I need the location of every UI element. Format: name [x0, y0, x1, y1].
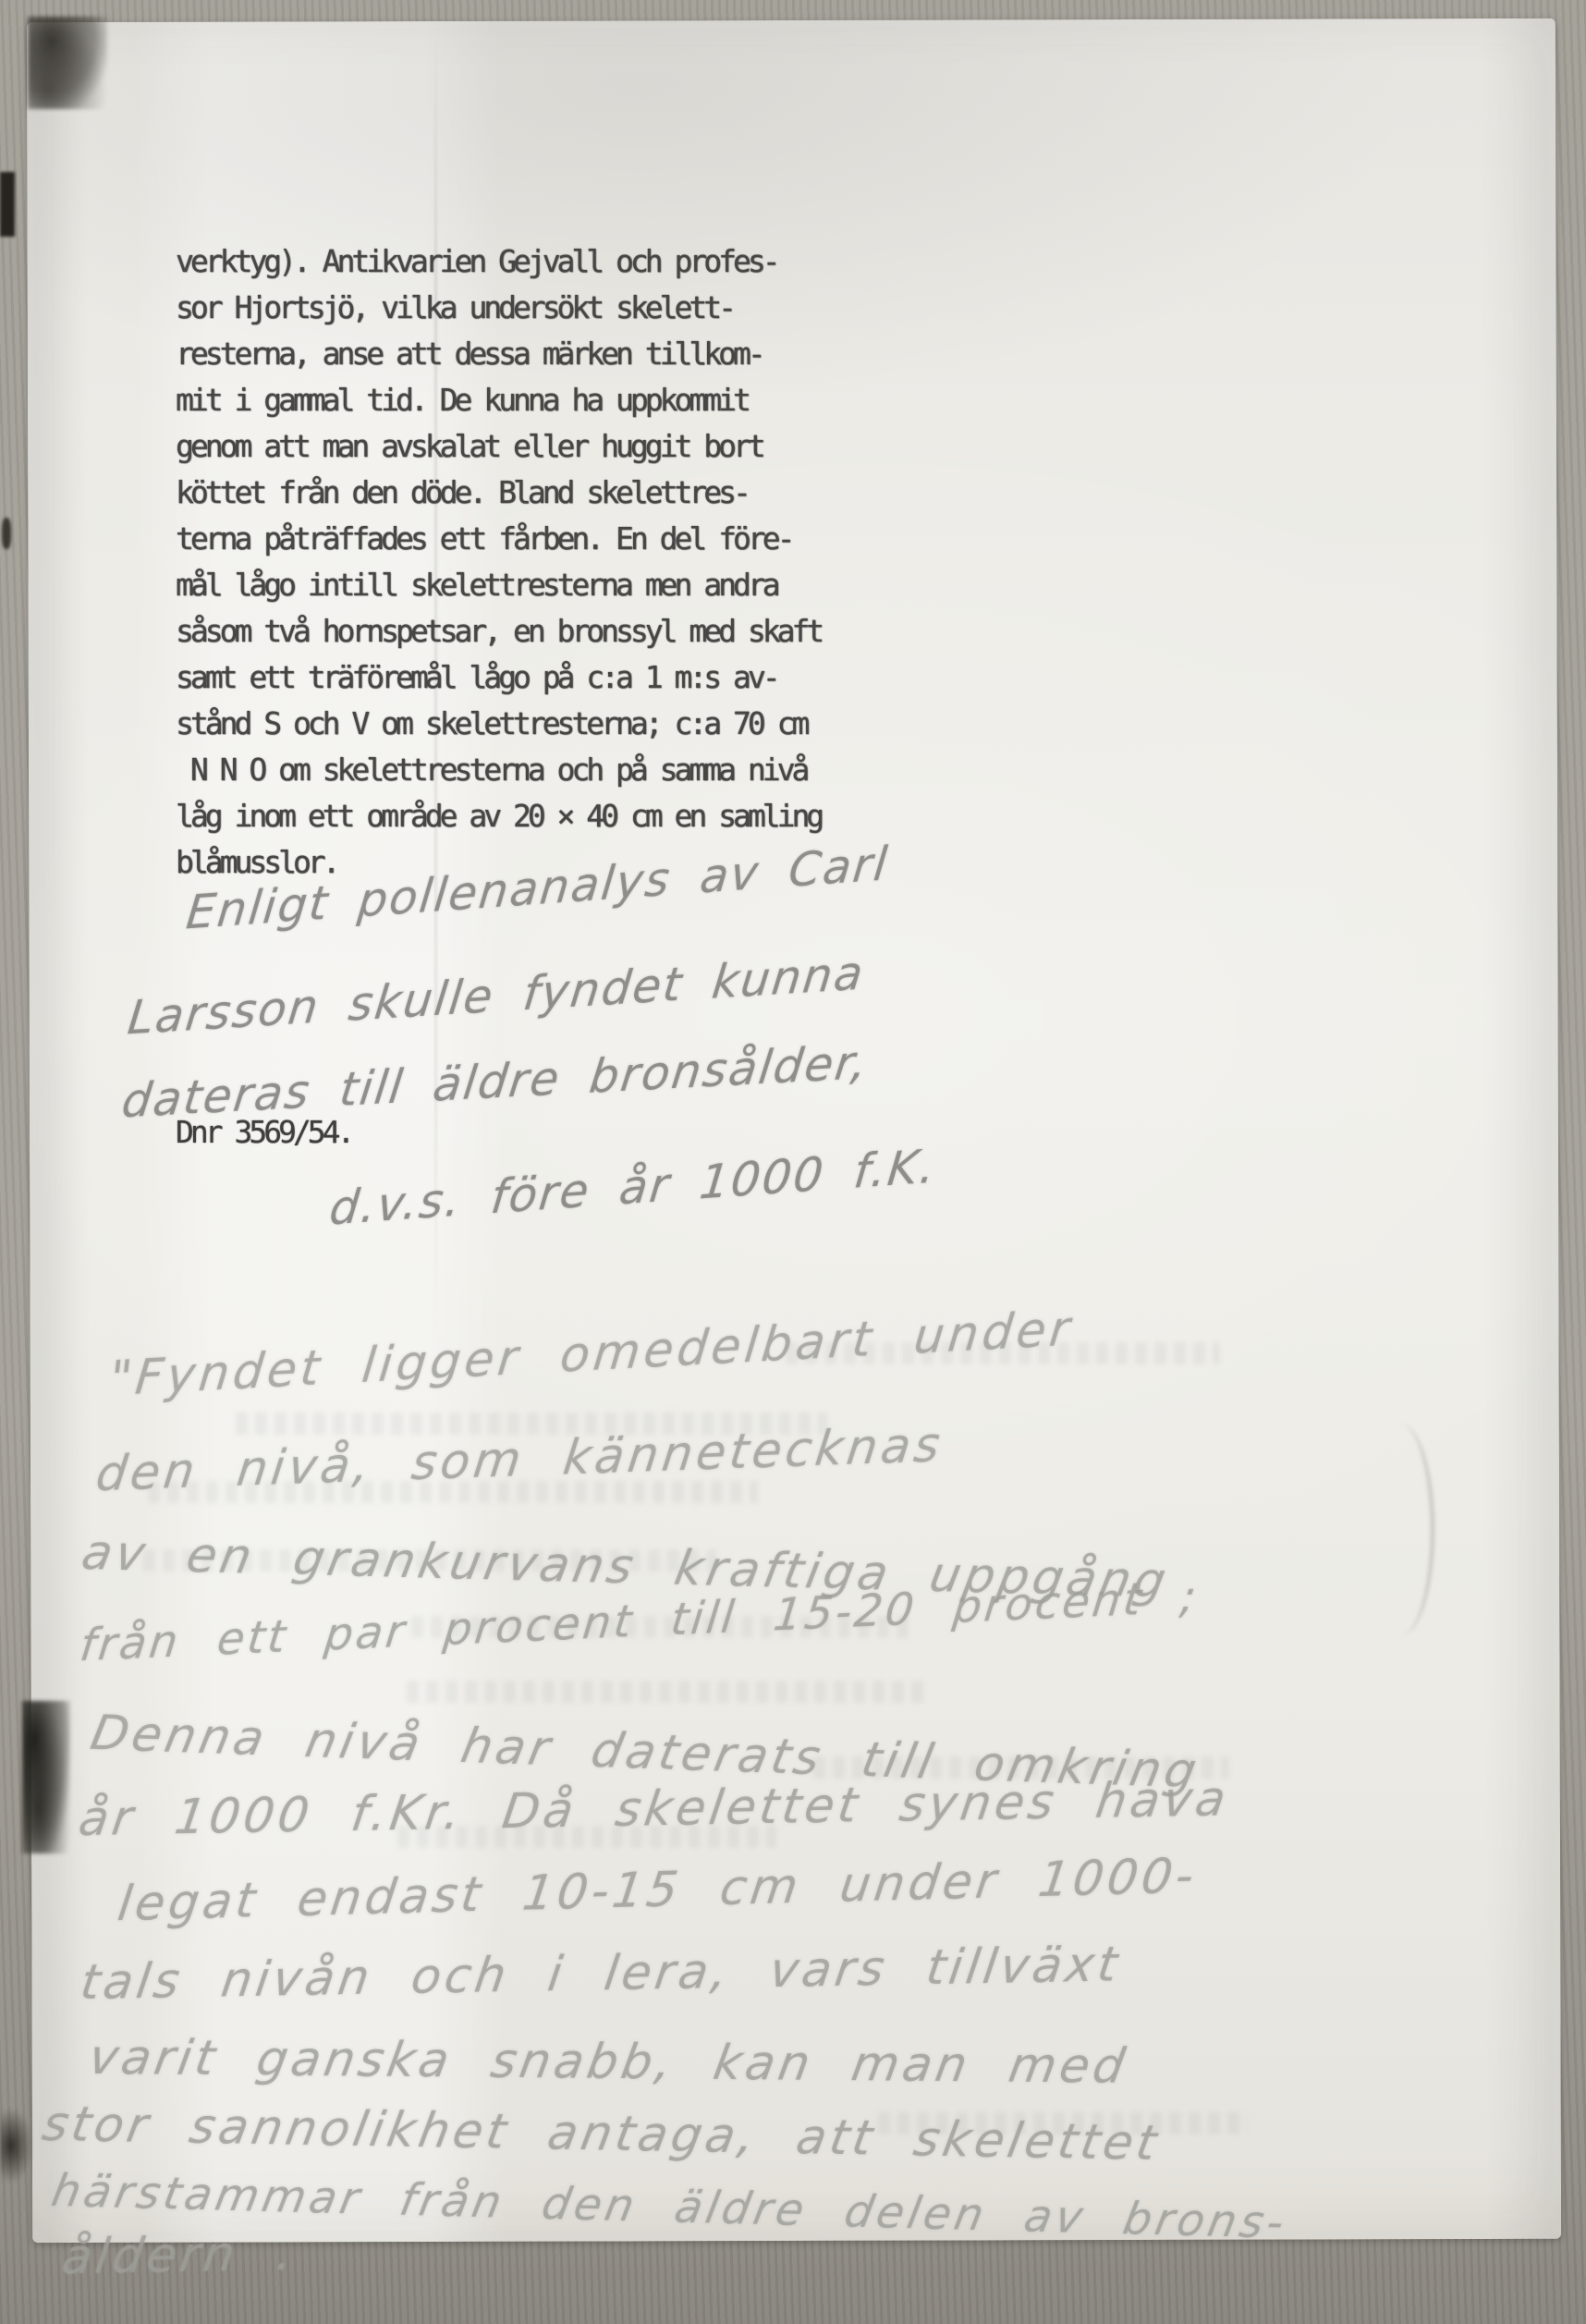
edge-mark-artifact [0, 2110, 31, 2182]
handwritten-line: varit ganska snabb, kan man med [85, 2030, 1132, 2095]
typed-line: köttet från den döde. Bland skelettres- [176, 470, 821, 516]
typed-line: låg inom ett område av 20 × 40 cm en sam… [176, 793, 821, 839]
scanned-document-canvas: verktyg). Antikvarien Gejvall och profes… [0, 0, 1586, 2324]
typed-line: sor Hjortsjö, vilka undersökt skelett- [176, 285, 821, 331]
typed-line: genom att man avskalat eller huggit bort [176, 423, 821, 470]
typed-line: terna påträffades ett fårben. En del för… [176, 516, 821, 562]
typed-line: såsom två hornspetsar, en bronssyl med s… [176, 608, 821, 654]
typed-line: verktyg). Antikvarien Gejvall och profes… [176, 239, 821, 285]
typed-line: mit i gammal tid. De kunna ha uppkommit [176, 377, 821, 423]
edge-mark-artifact [2, 518, 11, 549]
typed-line: resterna, anse att dessa märken tillkom- [176, 331, 821, 377]
typed-line: mål lågo intill skelettresterna men andr… [176, 562, 821, 608]
typed-line: stånd S och V om skelettresterna; c:a 70… [176, 701, 821, 747]
edge-mark-artifact [0, 172, 15, 237]
handwritten-line: åldern . [59, 2226, 300, 2286]
typed-line: samt ett träföremål lågo på c:a 1 m:s av… [176, 654, 821, 701]
typed-paragraph: verktyg). Antikvarien Gejvall och profes… [176, 239, 821, 886]
typed-line: N N O om skelettresterna och på samma ni… [176, 747, 821, 793]
